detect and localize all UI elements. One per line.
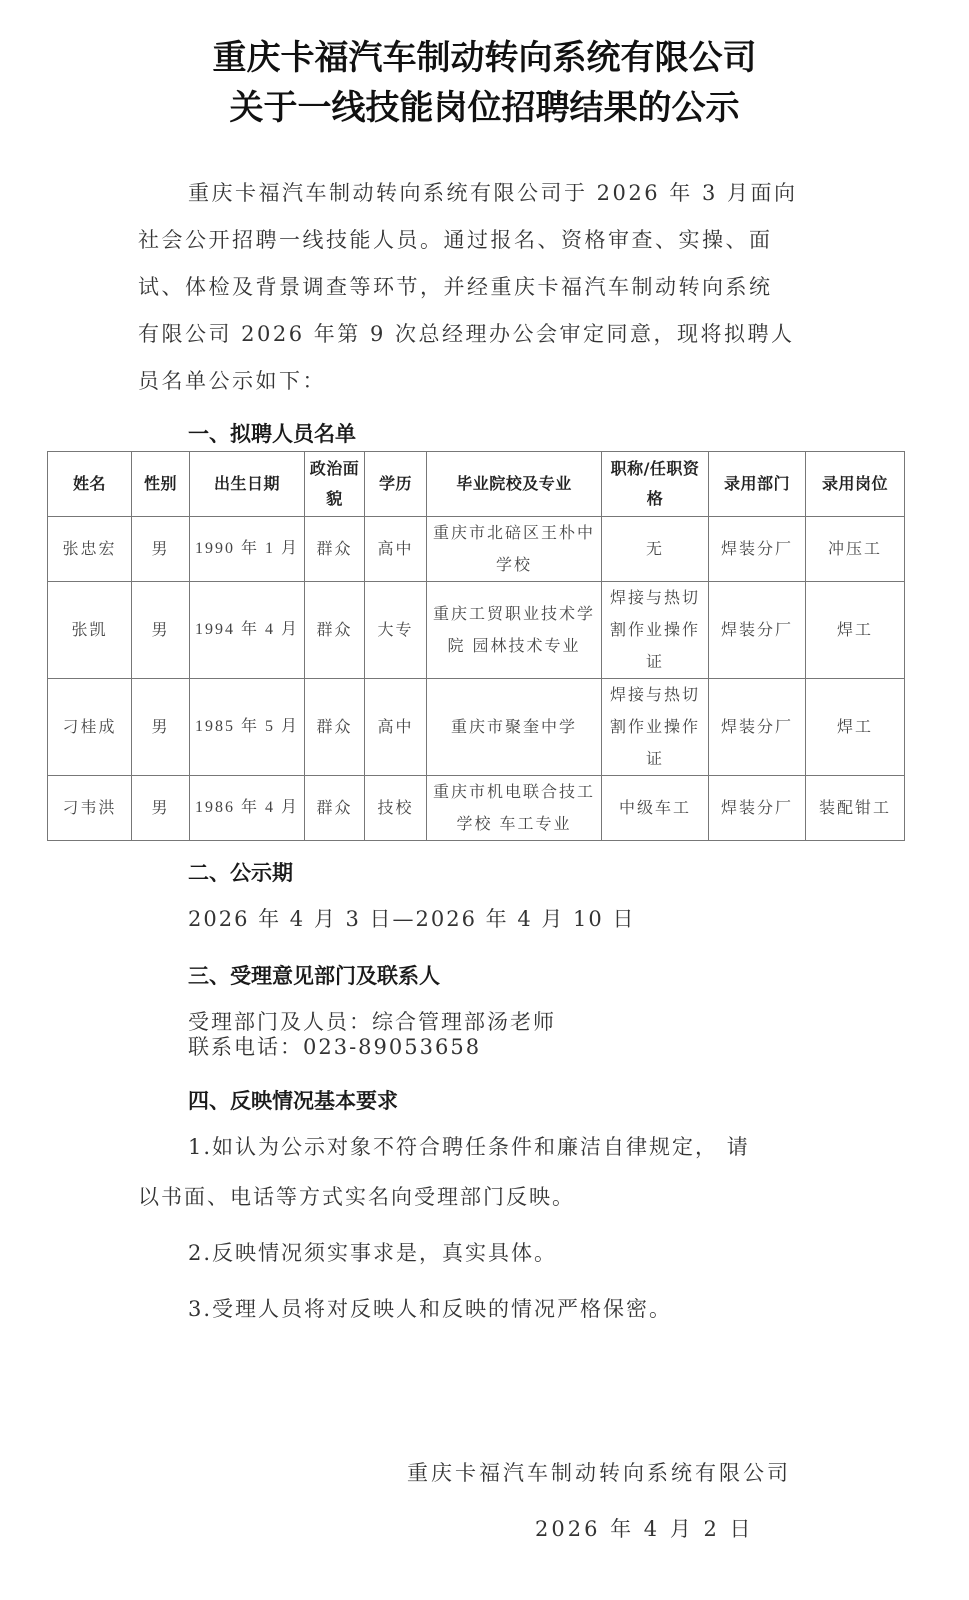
- cell-political: 群众: [305, 582, 365, 679]
- col-header-school: 毕业院校及专业: [427, 452, 602, 517]
- section4-heading: 四、反映情况基本要求: [188, 1085, 398, 1115]
- candidate-table: 姓名 性别 出生日期 政治面貌 学历 毕业院校及专业 职称/任职资格 录用部门 …: [47, 451, 905, 841]
- cell-qualification: 焊接与热切割作业操作证: [602, 679, 709, 776]
- requirement-3: 3.受理人员将对反映人和反映的情况严格保密。: [188, 1293, 672, 1323]
- signature-date: 2026 年 4 月 2 日: [535, 1513, 754, 1543]
- cell-name: 张忠宏: [48, 517, 132, 582]
- cell-birth: 1994 年 4 月: [190, 582, 305, 679]
- cell-gender: 男: [132, 776, 190, 841]
- cell-gender: 男: [132, 582, 190, 679]
- requirement-1-line1: 1.如认为公示对象不符合聘任条件和廉洁自律规定， 请: [188, 1131, 750, 1161]
- intro-paragraph: 重庆卡福汽车制动转向系统有限公司于 2026 年 3 月面向 社会公开招聘一线技…: [138, 170, 818, 405]
- cell-political: 群众: [305, 776, 365, 841]
- cell-qualification: 焊接与热切割作业操作证: [602, 582, 709, 679]
- cell-name: 张凯: [48, 582, 132, 679]
- cell-gender: 男: [132, 679, 190, 776]
- cell-birth: 1986 年 4 月: [190, 776, 305, 841]
- cell-school: 重庆工贸职业技术学院 园林技术专业: [427, 582, 602, 679]
- section2-heading: 二、公示期: [188, 857, 293, 887]
- col-header-position: 录用岗位: [806, 452, 905, 517]
- table-row: 刁韦洪 男 1986 年 4 月 群众 技校 重庆市机电联合技工学校 车工专业 …: [48, 776, 905, 841]
- cell-qualification: 中级车工: [602, 776, 709, 841]
- document-title-line1: 重庆卡福汽车制动转向系统有限公司: [0, 30, 969, 79]
- col-header-political: 政治面貌: [305, 452, 365, 517]
- cell-school: 重庆市机电联合技工学校 车工专业: [427, 776, 602, 841]
- cell-department: 焊装分厂: [709, 776, 806, 841]
- intro-line-4: 有限公司 2026 年第 9 次总经理办公会审定同意，现将拟聘人: [138, 311, 818, 358]
- cell-qualification: 无: [602, 517, 709, 582]
- table-header-row: 姓名 性别 出生日期 政治面貌 学历 毕业院校及专业 职称/任职资格 录用部门 …: [48, 452, 905, 517]
- cell-department: 焊装分厂: [709, 582, 806, 679]
- cell-political: 群众: [305, 517, 365, 582]
- cell-birth: 1985 年 5 月: [190, 679, 305, 776]
- cell-department: 焊装分厂: [709, 517, 806, 582]
- requirement-2: 2.反映情况须实事求是，真实具体。: [188, 1237, 557, 1267]
- cell-education: 技校: [365, 776, 427, 841]
- cell-school: 重庆市聚奎中学: [427, 679, 602, 776]
- cell-gender: 男: [132, 517, 190, 582]
- col-header-department: 录用部门: [709, 452, 806, 517]
- section1-heading: 一、拟聘人员名单: [188, 418, 356, 448]
- cell-position: 冲压工: [806, 517, 905, 582]
- cell-birth: 1990 年 1 月: [190, 517, 305, 582]
- cell-position: 焊工: [806, 679, 905, 776]
- intro-line-5: 员名单公示如下：: [138, 358, 818, 405]
- publicity-period: 2026 年 4 月 3 日—2026 年 4 月 10 日: [188, 903, 635, 933]
- cell-name: 刁韦洪: [48, 776, 132, 841]
- table-row: 张忠宏 男 1990 年 1 月 群众 高中 重庆市北碚区王朴中学校 无 焊装分…: [48, 517, 905, 582]
- col-header-birth: 出生日期: [190, 452, 305, 517]
- col-header-gender: 性别: [132, 452, 190, 517]
- col-header-name: 姓名: [48, 452, 132, 517]
- cell-position: 装配钳工: [806, 776, 905, 841]
- cell-education: 大专: [365, 582, 427, 679]
- table-row: 张凯 男 1994 年 4 月 群众 大专 重庆工贸职业技术学院 园林技术专业 …: [48, 582, 905, 679]
- intro-line-3: 试、体检及背景调查等环节，并经重庆卡福汽车制动转向系统: [138, 264, 818, 311]
- section3-heading: 三、受理意见部门及联系人: [188, 960, 440, 990]
- requirement-1-line2: 以书面、电话等方式实名向受理部门反映。: [138, 1181, 575, 1211]
- col-header-education: 学历: [365, 452, 427, 517]
- cell-name: 刁桂成: [48, 679, 132, 776]
- document-title-line2: 关于一线技能岗位招聘结果的公示: [0, 80, 969, 129]
- cell-education: 高中: [365, 517, 427, 582]
- intro-line-1: 重庆卡福汽车制动转向系统有限公司于 2026 年 3 月面向: [138, 170, 818, 217]
- cell-education: 高中: [365, 679, 427, 776]
- contact-phone: 联系电话：023-89053658: [188, 1031, 481, 1061]
- signature-company: 重庆卡福汽车制动转向系统有限公司: [407, 1457, 791, 1487]
- cell-position: 焊工: [806, 582, 905, 679]
- table-row: 刁桂成 男 1985 年 5 月 群众 高中 重庆市聚奎中学 焊接与热切割作业操…: [48, 679, 905, 776]
- cell-department: 焊装分厂: [709, 679, 806, 776]
- intro-line-2: 社会公开招聘一线技能人员。通过报名、资格审查、实操、面: [138, 217, 818, 264]
- cell-political: 群众: [305, 679, 365, 776]
- cell-school: 重庆市北碚区王朴中学校: [427, 517, 602, 582]
- col-header-qualification: 职称/任职资格: [602, 452, 709, 517]
